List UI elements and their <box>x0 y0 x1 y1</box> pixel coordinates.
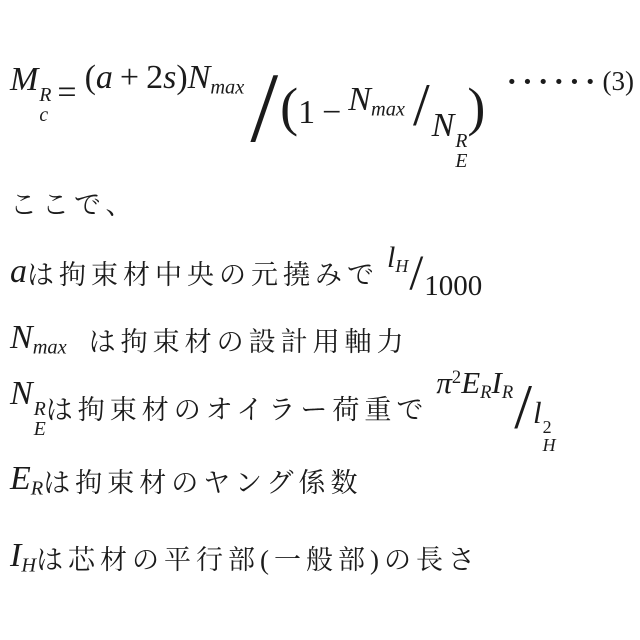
definition-er: ER は拘束材のヤング係数 <box>10 455 634 505</box>
mcr-supsub: Rc <box>39 85 51 125</box>
denominator-close-paren: ) <box>467 77 485 137</box>
definition-ih-text: は芯材の平行部(一般部)の長さ <box>36 538 480 577</box>
inner-numerator-nmax: Nmax <box>348 81 405 118</box>
equation-number: (3) <box>603 66 634 97</box>
close-paren: ) <box>176 59 187 96</box>
euler-denominator: l2H <box>533 395 556 455</box>
nmax-base: N <box>10 319 33 356</box>
l-supsub: 2H <box>543 418 556 455</box>
equation-3-line: MRc = (a+2s)Nmax / (1−Nmax/NRE) ······(3… <box>10 48 634 162</box>
symbol-a: a <box>96 59 113 96</box>
definition-a-text: は拘束材中央の元撓みで <box>27 253 379 292</box>
ner-def-sup: R <box>34 399 46 419</box>
coefficient-2: 2 <box>146 59 163 96</box>
fraction-euler-load: π2ERIR/l2H <box>436 377 555 437</box>
main-division-slash: / <box>250 103 278 113</box>
euler-numerator: π2ERIR <box>436 365 513 404</box>
ner-subscript: E <box>455 151 467 171</box>
denominator-open-paren: ( <box>280 77 298 137</box>
minus-sign: − <box>322 94 341 131</box>
ellipsis-dots: ······ <box>506 63 600 100</box>
nmax-sub: max <box>33 336 67 358</box>
equation-numerator: (a+2s)Nmax <box>85 59 245 100</box>
here-label: ここで、 <box>10 183 137 222</box>
fraction-denominator: 1000 <box>424 270 482 303</box>
symbol-ih-def: IH <box>10 537 36 578</box>
inner-division-slash: / <box>413 72 430 138</box>
open-paren: ( <box>85 59 96 96</box>
er-subscript: R <box>480 383 491 404</box>
l-subscript: H <box>543 436 556 454</box>
fraction-numerator: lH <box>387 241 408 277</box>
er-base: E <box>10 460 31 497</box>
symbol-pi: π <box>436 365 452 400</box>
number-one: 1 <box>298 94 315 131</box>
ir-subscript: R <box>502 383 513 404</box>
l-exponent: 2 <box>543 418 552 436</box>
symbol-nmax-def: Nmax <box>10 319 67 360</box>
mcr-subscript: c <box>39 105 48 125</box>
symbol-a-base: a <box>10 253 27 290</box>
definition-nmax: Nmax は拘束材の設計用軸力 <box>10 312 634 366</box>
symbol-s: s <box>163 59 176 96</box>
formula-lhs-mcr: MRc <box>10 61 51 125</box>
ih-sub: H <box>21 554 36 576</box>
pi-squared: 2 <box>452 367 461 388</box>
symbol-er-def: ER <box>10 460 43 501</box>
ner-supsub: RE <box>455 131 467 171</box>
definition-ih: IH は芯材の平行部(一般部)の長さ <box>10 532 634 582</box>
symbol-a-def: a <box>10 253 27 291</box>
er-sub: R <box>31 477 43 499</box>
symbol-ne: N <box>432 107 455 144</box>
here-line: ここで、 <box>10 180 634 224</box>
definition-er-text: は拘束材のヤング係数 <box>43 461 362 500</box>
ner-base: N <box>10 375 33 412</box>
equation-denominator: (1−Nmax/NRE) <box>280 94 485 158</box>
definition-nmax-text: は拘束材の設計用軸力 <box>89 320 409 359</box>
l-subscript-h: H <box>395 256 408 276</box>
definition-a: a は拘束材中央の元撓みで lH/1000 <box>10 243 634 301</box>
symbol-m: M <box>10 61 38 98</box>
nmax-inner-subscript: max <box>371 99 405 121</box>
equals-sign: = <box>57 74 76 112</box>
symbol-nmax: N <box>188 59 211 96</box>
ner-def-supsub: RE <box>34 399 46 439</box>
plus-sign: + <box>120 59 139 96</box>
nmax-subscript: max <box>210 76 244 98</box>
document-page: MRc = (a+2s)Nmax / (1−Nmax/NRE) ······(3… <box>0 0 640 640</box>
symbol-nmax-inner: N <box>348 81 371 118</box>
ner-superscript: R <box>455 131 467 151</box>
symbol-ir: I <box>492 365 502 400</box>
symbol-er: E <box>461 365 480 400</box>
symbol-l-squared: l <box>533 395 542 430</box>
symbol-ner-def: NRE <box>10 375 46 439</box>
ih-base: I <box>10 537 21 574</box>
equation-label-group: ······(3) <box>506 63 634 100</box>
ner-def-sub: E <box>34 419 46 439</box>
fraction-lh-over-1000: lH/1000 <box>387 254 482 290</box>
inner-denominator-ner: NRE <box>432 107 468 144</box>
mcr-superscript: R <box>39 85 51 105</box>
definition-ner-text: は拘束材のオイラー荷重で <box>46 388 429 427</box>
definition-ner: NRE は拘束材のオイラー荷重で π2ERIR/l2H <box>10 368 634 446</box>
